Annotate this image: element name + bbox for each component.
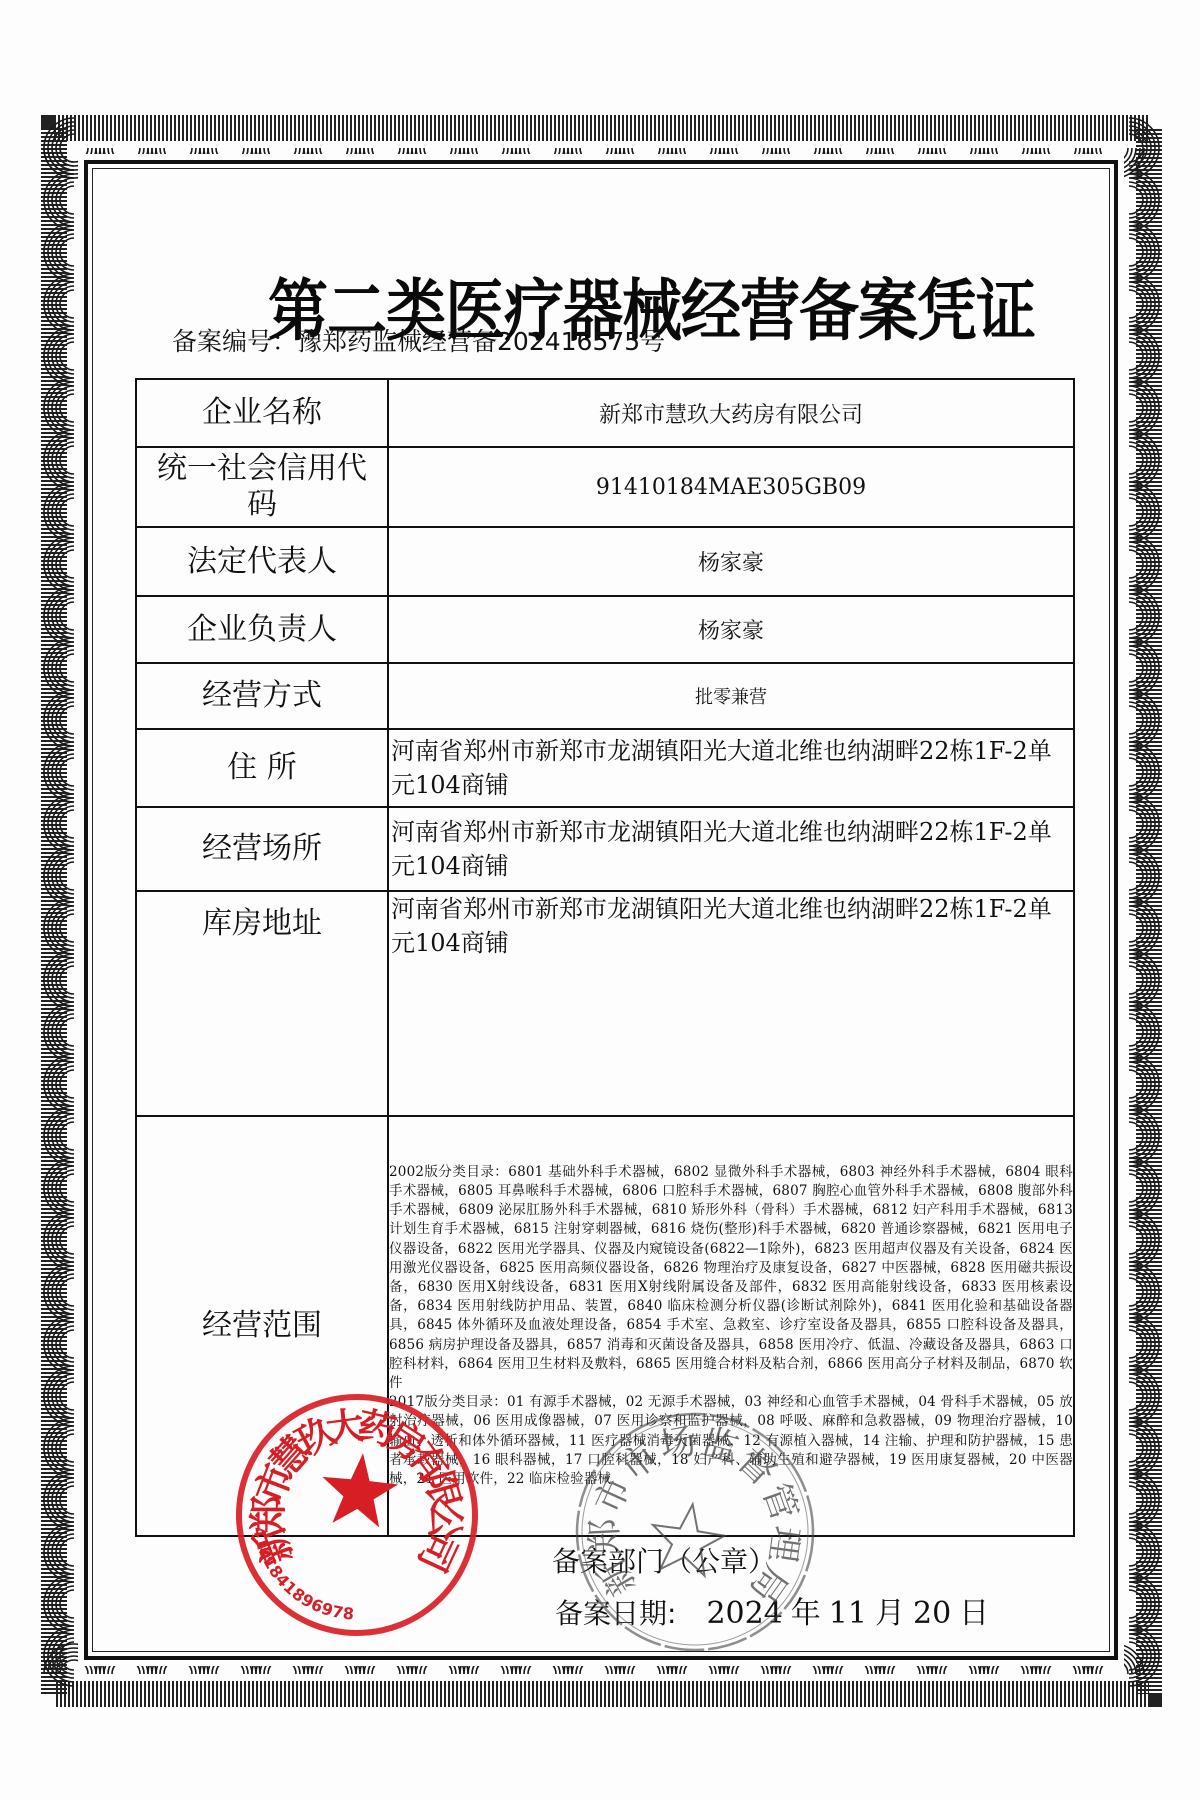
value-business-scope: 2002版分类目录：6801 基础外科手术器械，6802 显微外科手术器械，68… <box>388 1116 1074 1536</box>
label-legal-rep: 法定代表人 <box>136 527 388 596</box>
filing-info-table: 企业名称 新郑市慧玖大药房有限公司 统一社会信用代码 91410184MAE30… <box>135 378 1075 1537</box>
label-business-scope: 经营范围 <box>136 1116 388 1536</box>
table-row-credit-code: 统一社会信用代码 91410184MAE305GB09 <box>136 447 1074 527</box>
label-company-name: 企业名称 <box>136 379 388 447</box>
date-month-unit: 月 <box>875 1596 905 1631</box>
record-number-value: 豫郑药监械经营备202416575号 <box>297 327 665 356</box>
value-principal: 杨家豪 <box>388 596 1074 663</box>
label-business-mode: 经营方式 <box>136 663 388 729</box>
label-principal: 企业负责人 <box>136 596 388 663</box>
table-row-domicile: 住 所 河南省郑州市新郑市龙湖镇阳光大道北维也纳湖畔22栋1F-2单元104商铺 <box>136 729 1074 807</box>
value-credit-code: 91410184MAE305GB09 <box>388 447 1074 527</box>
table-row-business-scope: 经营范围 2002版分类目录：6801 基础外科手术器械，6802 显微外科手术… <box>136 1116 1074 1536</box>
table-row-warehouse: 库房地址 河南省郑州市新郑市龙湖镇阳光大道北维也纳湖畔22栋1F-2单元104商… <box>136 891 1074 1116</box>
filing-date-label: 备案日期: <box>555 1597 676 1630</box>
value-legal-rep: 杨家豪 <box>388 527 1074 596</box>
date-year-unit: 年 <box>791 1596 821 1631</box>
record-number-line: 备案编号：豫郑药监械经营备202416575号 <box>172 322 665 358</box>
business-scope-text: 2002版分类目录：6801 基础外科手术器械，6802 显微外科手术器械，68… <box>389 1163 1073 1489</box>
label-credit-code: 统一社会信用代码 <box>136 447 388 527</box>
value-warehouse: 河南省郑州市新郑市龙湖镇阳光大道北维也纳湖畔22栋1F-2单元104商铺 <box>388 891 1074 1116</box>
table-row-company-name: 企业名称 新郑市慧玖大药房有限公司 <box>136 379 1074 447</box>
date-day-unit: 日 <box>959 1596 989 1631</box>
table-row-business-mode: 经营方式 批零兼营 <box>136 663 1074 729</box>
label-business-premises: 经营场所 <box>136 807 388 891</box>
label-domicile: 住 所 <box>136 729 388 807</box>
value-business-premises: 河南省郑州市新郑市龙湖镇阳光大道北维也纳湖畔22栋1F-2单元104商铺 <box>388 807 1074 891</box>
value-business-mode: 批零兼营 <box>388 663 1074 729</box>
date-month: 11 <box>829 1596 867 1631</box>
filing-date: 备案日期:2024年11月20日 <box>555 1588 997 1632</box>
record-number-label: 备案编号： <box>172 327 297 356</box>
date-day: 20 <box>913 1596 951 1631</box>
value-company-name: 新郑市慧玖大药房有限公司 <box>388 379 1074 447</box>
date-year: 2024 <box>706 1596 782 1631</box>
table-row-legal-rep: 法定代表人 杨家豪 <box>136 527 1074 596</box>
table-row-business-premises: 经营场所 河南省郑州市新郑市龙湖镇阳光大道北维也纳湖畔22栋1F-2单元104商… <box>136 807 1074 891</box>
value-domicile: 河南省郑州市新郑市龙湖镇阳光大道北维也纳湖畔22栋1F-2单元104商铺 <box>388 729 1074 807</box>
filing-department-label: 备案部门（公章） <box>552 1540 776 1580</box>
table-row-principal: 企业负责人 杨家豪 <box>136 596 1074 663</box>
label-warehouse: 库房地址 <box>136 891 388 1116</box>
